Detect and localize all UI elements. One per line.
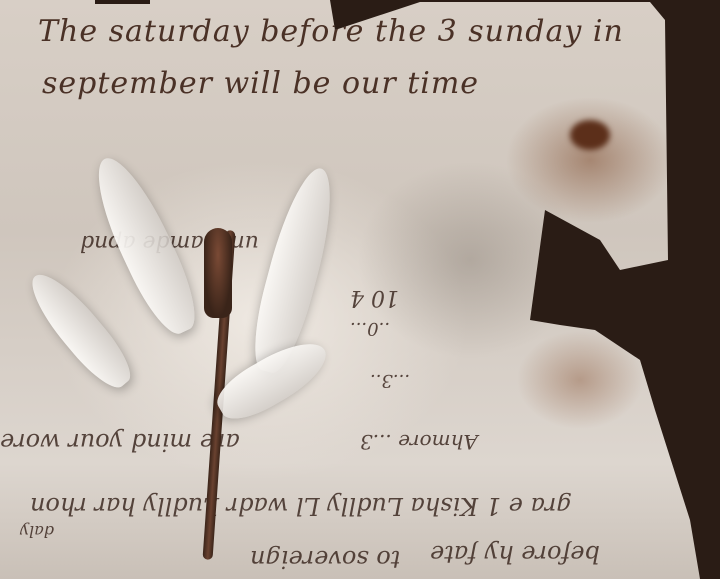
reversed-text-8: before hy fate bbox=[430, 540, 600, 568]
reversed-text-2: 10 4 bbox=[350, 285, 399, 310]
reversed-text-5: Ahmore ...3 bbox=[360, 430, 478, 454]
photograph: The saturday before the 3 sunday in sept… bbox=[0, 0, 720, 579]
reversed-text-10: daly bbox=[20, 522, 54, 541]
flower-pistil bbox=[204, 228, 232, 318]
reversed-text-4: ...3.. bbox=[370, 370, 410, 391]
handwritten-letter: The saturday before the 3 sunday in sept… bbox=[0, 0, 720, 579]
handwriting-line-2: september will be our time bbox=[42, 66, 479, 101]
ink-stain bbox=[570, 120, 610, 150]
reversed-text-6: are mind your wore bbox=[0, 428, 240, 456]
reversed-text-3: ..0... bbox=[350, 318, 390, 339]
handwriting-line-1: The saturday before the 3 sunday in bbox=[38, 14, 624, 49]
reversed-text-7: gra e 1 Kisha Ludlly Ll wadr Ludlly har … bbox=[30, 492, 572, 520]
reversed-text-9: to sovereign bbox=[250, 545, 400, 573]
